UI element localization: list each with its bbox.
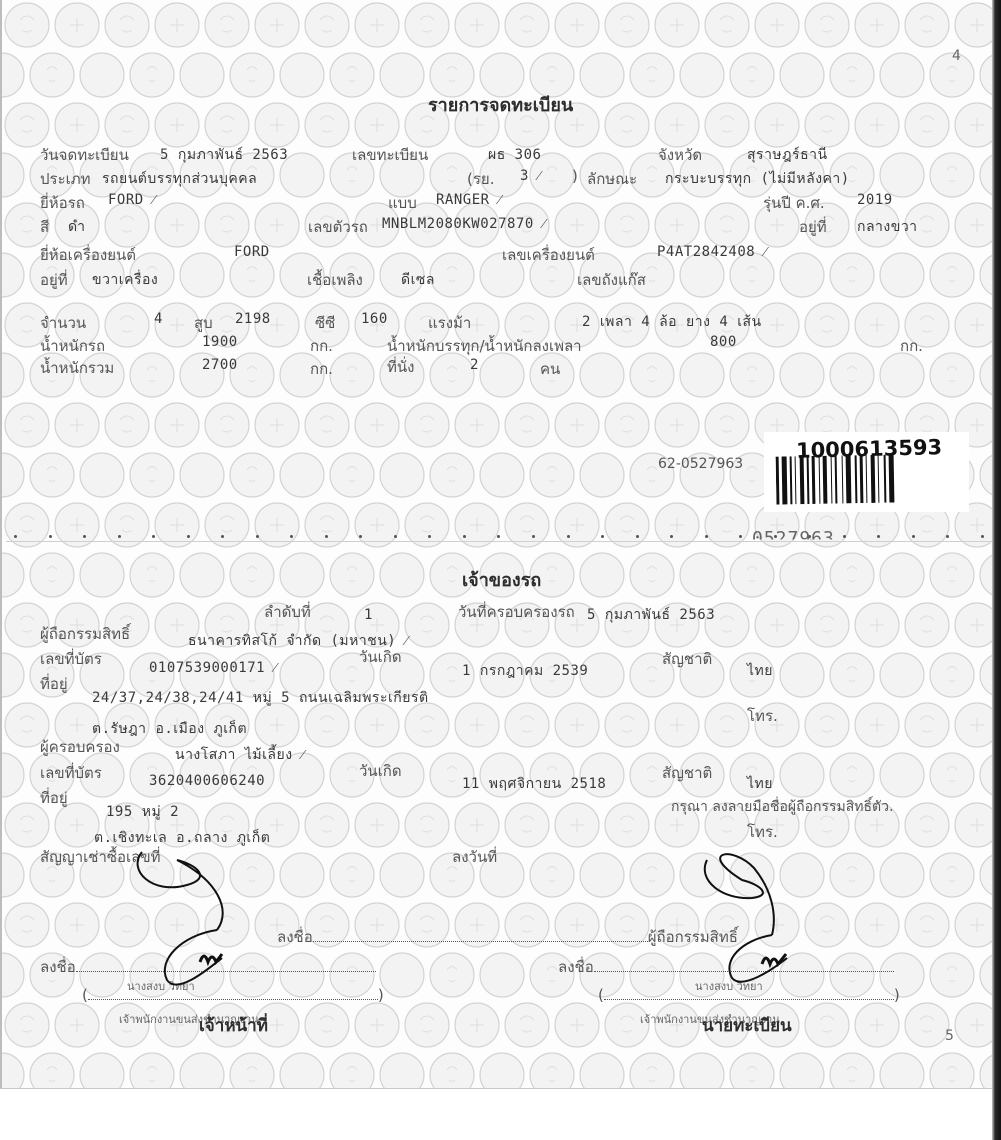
gas-tank-label: เลขถังแก๊ส xyxy=(577,268,646,292)
gross-weight-unit: กก. xyxy=(310,357,333,381)
count-label: จำนวน xyxy=(40,311,86,335)
engine-brand-value: FORD xyxy=(234,244,270,260)
fuel-label: เชื้อเพลิง xyxy=(307,268,363,292)
possessor-address-label: ที่อยู่ xyxy=(40,786,68,810)
gross-weight-label: น้ำหนักรวม xyxy=(40,356,114,380)
holder-dob-label: วันเกิด xyxy=(359,645,402,669)
page-number-bottom: 5 xyxy=(945,1028,954,1044)
sign-date-label: ลงวันที่ xyxy=(452,845,497,869)
possessor-id-label: เลขที่บัตร xyxy=(40,761,102,785)
engine-location-value: ขวาเครื่อง xyxy=(92,269,158,291)
holder-nationality-label: สัญชาติ xyxy=(662,647,712,671)
possessor-dob-label: วันเกิด xyxy=(359,759,402,783)
registration-date-value: 5 กุมภาพันธ์ 2563 xyxy=(160,144,288,166)
color-value: ดำ xyxy=(68,216,85,238)
chassis-value: MNBLM2080KW027870 ⁄ xyxy=(382,216,546,233)
type-code-close: ) xyxy=(572,167,578,185)
possessor-nationality-value: ไทย xyxy=(747,773,773,795)
document-reference: 62-0527963 xyxy=(658,456,743,472)
possessor-dob-value: 11 พฤศจิกายน 2518 xyxy=(462,773,606,795)
model-value: RANGER ⁄ xyxy=(436,192,501,209)
engine-location-label: อยู่ที่ xyxy=(40,268,68,292)
model-year-value: 2019 xyxy=(857,192,893,208)
cc-value: 2198 xyxy=(235,311,271,327)
registration-section-title: รายการจดทะเบียน xyxy=(428,90,573,119)
possessor-nationality-label: สัญชาติ xyxy=(662,761,712,785)
holder-label: ผู้ถือกรรมสิทธิ์ xyxy=(40,622,130,646)
possession-date-label: วันที่ครอบครองรถ xyxy=(458,600,575,624)
officer-role: เจ้าหน้าที่ xyxy=(199,1012,268,1039)
holder-address-line1: 24/37,24/38,24/41 หมู่ 5 ถนนเฉลิมพระเกีย… xyxy=(92,687,429,709)
cylinders-unit: สูบ xyxy=(194,311,213,335)
fuel-value: ดีเซล xyxy=(401,269,435,291)
possessor-value: นางโสภา ไม้เลี้ยง ⁄ xyxy=(175,744,304,766)
officer-signature xyxy=(122,840,242,1010)
registrar-signature xyxy=(692,840,812,1010)
holder-sign-prefix: ลงชื่อ xyxy=(277,928,313,946)
engine-brand-label: ยี่ห้อเครื่องยนต์ xyxy=(40,243,136,267)
model-label: แบบ xyxy=(388,191,417,215)
possessor-label: ผู้ครอบครอง xyxy=(40,735,120,759)
seats-label: ที่นั่ง xyxy=(387,355,414,379)
load-unit: กก. xyxy=(900,334,923,358)
hp-value: 160 xyxy=(361,311,388,327)
hp-unit: แรงม้า xyxy=(428,311,471,335)
seats-value: 2 xyxy=(470,357,479,373)
weight-unit: กก. xyxy=(310,334,333,358)
officer-sign-prefix: ลงชื่อ xyxy=(40,958,76,976)
type-code-value: 3 ⁄ xyxy=(520,168,541,185)
chassis-location-label: อยู่ที่ xyxy=(799,215,827,239)
holder-signature-line: ลงชื่อผู้ถือกรรมสิทธิ์ xyxy=(277,925,738,949)
chassis-label: เลขตัวรถ xyxy=(308,215,368,239)
model-year-label: รุ่นปี ค.ศ. xyxy=(763,191,825,215)
tear-line xyxy=(6,541,990,542)
type-value: รถยนต์บรรทุกส่วนบุคคล xyxy=(102,168,257,190)
color-label: สี xyxy=(40,215,49,239)
page-number-top: 4 xyxy=(952,48,961,64)
province-label: จังหวัด xyxy=(658,143,702,167)
weight-label: น้ำหนักรถ xyxy=(40,334,105,358)
registrar-role: นายทะเบียน xyxy=(702,1012,792,1039)
registration-date-label: วันจดทะเบียน xyxy=(40,143,129,167)
load-label: น้ำหนักบรรทุก/น้ำหนักลงเพลา xyxy=(387,334,582,358)
seats-unit: คน xyxy=(540,357,560,381)
brand-label: ยี่ห้อรถ xyxy=(40,191,85,215)
order-label: ลำดับที่ xyxy=(264,600,311,624)
order-value: 1 xyxy=(364,607,373,623)
holder-nationality-value: ไทย xyxy=(747,660,773,682)
type-code-open: (รย. xyxy=(467,167,494,191)
gross-weight-value: 2700 xyxy=(202,357,238,373)
owner-section-title: เจ้าของรถ xyxy=(462,565,541,594)
holder-phone-label: โทร. xyxy=(747,704,778,728)
province-value: สุราษฎร์ธานี xyxy=(747,144,828,166)
tear-line-dots xyxy=(14,535,984,538)
cylinders-value: 4 xyxy=(154,311,163,327)
holder-id-label: เลขที่บัตร xyxy=(40,647,102,671)
registrar-sign-prefix: ลงชื่อ xyxy=(558,958,594,976)
axles-wheels-value: 2 เพลา 4 ล้อ ยาง 4 เส้น xyxy=(582,311,762,333)
cc-unit: ซีซี xyxy=(315,311,335,335)
sign-notice: กรุณา ลงลายมือชื่อผู้ถือกรรมสิทธิ์ตัว. xyxy=(671,796,893,818)
plate-value: ผธ 306 xyxy=(488,144,541,166)
weight-value: 1900 xyxy=(202,334,238,350)
engine-number-value: P4AT2842408 ⁄ xyxy=(657,244,767,261)
engine-number-label: เลขเครื่องยนต์ xyxy=(502,243,595,267)
possession-date-value: 5 กุมภาพันธ์ 2563 xyxy=(587,604,715,626)
possessor-id-value: 3620400606240 xyxy=(149,773,265,789)
holder-id-value: 0107539000171 ⁄ xyxy=(149,660,277,677)
style-value: กระบะบรรทุก (ไม่มีหลังคา) xyxy=(665,168,850,190)
holder-address-label: ที่อยู่ xyxy=(40,672,68,696)
style-label: ลักษณะ xyxy=(587,167,637,191)
registration-document-page: 4 รายการจดทะเบียน วันจดทะเบียน 5 กุมภาพั… xyxy=(0,0,994,1089)
brand-value: FORD ⁄ xyxy=(108,192,155,209)
load-value: 800 xyxy=(710,334,737,350)
holder-dob-value: 1 กรกฎาคม 2539 xyxy=(462,660,588,682)
plate-label: เลขทะเบียน xyxy=(352,143,428,167)
scan-edge-shadow xyxy=(992,0,1001,1140)
type-label: ประเภท xyxy=(40,167,91,191)
possessor-address-line1: 195 หมู่ 2 xyxy=(106,801,179,823)
barcode xyxy=(776,453,962,504)
chassis-location-value: กลางขวา xyxy=(857,216,918,238)
